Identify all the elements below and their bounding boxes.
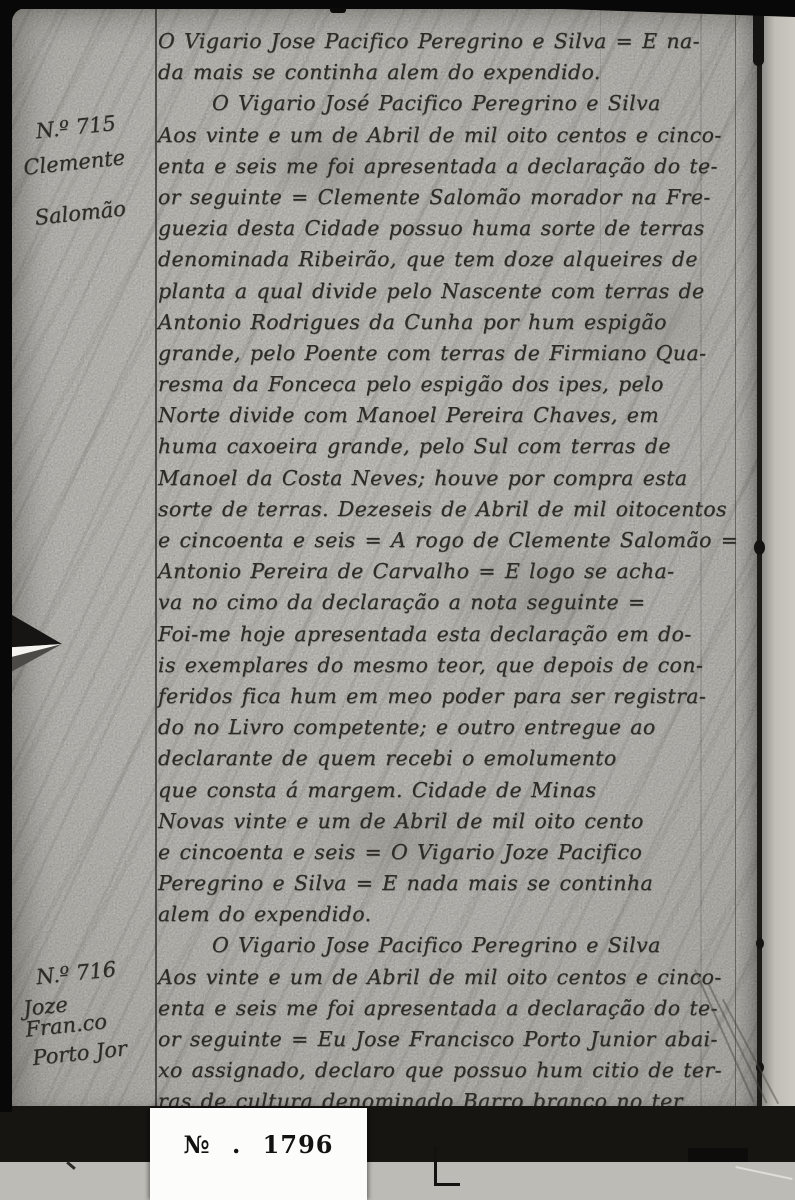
manuscript-line: O Vigario Jose Pacifico Peregrino e Silv…	[158, 26, 724, 57]
manuscript-line: que consta á margem. Cidade de Minas	[158, 775, 724, 806]
manuscript-line: sorte de terras. Dezeseis de Abril de mi…	[158, 494, 724, 525]
manuscript-line: da mais se continha alem do expendido.	[158, 57, 724, 88]
manuscript-body: O Vigario Jose Pacifico Peregrino e Silv…	[158, 26, 724, 1118]
catalog-number-slip: № . 1796	[150, 1108, 367, 1200]
manuscript-line: huma caxoeira grande, pelo Sul com terra…	[158, 431, 724, 462]
manuscript-line: Norte divide com Manoel Pereira Chaves, …	[158, 400, 724, 431]
manuscript-line: Aos vinte e um de Abril de mil oito cent…	[158, 120, 724, 151]
corner-registration-mark	[434, 1183, 460, 1186]
manuscript-line: Manoel da Costa Neves; houve por compra …	[158, 463, 724, 494]
manuscript-line: planta a qual divide pelo Nascente com t…	[158, 276, 724, 307]
manuscript-line: feridos fica hum em meo poder para ser r…	[158, 681, 724, 712]
manuscript-line: grande, pelo Poente com terras de Firmia…	[158, 338, 724, 369]
manuscript-line: Novas vinte e um de Abril de mil oito ce…	[158, 806, 724, 837]
binding-stitch	[754, 540, 765, 555]
binding-stitch	[756, 938, 764, 949]
manuscript-line: or seguinte = Eu Jose Francisco Porto Ju…	[158, 1024, 724, 1055]
manuscript-line: declarante de quem recebi o emolumento	[158, 743, 724, 774]
right-rule-line	[735, 8, 736, 1108]
manuscript-line: Aos vinte e um de Abril de mil oito cent…	[158, 962, 724, 993]
margin-entry-716: N.º 716 Joze Fran.co Porto Jor	[19, 955, 159, 1069]
manuscript-line: Antonio Rodrigues da Cunha por hum espig…	[158, 307, 724, 338]
manuscript-line: enta e seis me foi apresentada a declara…	[158, 993, 724, 1024]
manuscript-line: xo assignado, declaro que possuo hum cit…	[158, 1055, 724, 1086]
manuscript-line: Antonio Pereira de Carvalho = E logo se …	[158, 556, 724, 587]
gutter-shadow	[737, 8, 758, 1108]
binding-stitch	[753, 8, 764, 66]
entry-name-line: Joze Fran.co	[22, 985, 156, 1040]
manuscript-line: or seguinte = Clemente Salomão morador n…	[158, 182, 724, 213]
book-edge-shadow	[0, 1106, 795, 1164]
corner-registration-mark	[434, 1146, 437, 1186]
margin-entry-715: N.º 715 Clemente Salomão	[19, 109, 159, 229]
page-stack-edge	[762, 6, 795, 1154]
manuscript-line: Foi-me hoje apresentada esta declaração …	[158, 619, 724, 650]
entry-name-line: Clemente	[22, 144, 153, 178]
manuscript-line: enta e seis me foi apresentada a declara…	[158, 151, 724, 182]
catalog-number: № . 1796	[150, 1130, 367, 1159]
manuscript-line: Peregrino e Silva = E nada mais se conti…	[158, 868, 724, 899]
scanned-manuscript: N.º 715 Clemente Salomão N.º 716 Joze Fr…	[0, 0, 795, 1200]
manuscript-line: e cincoenta e seis = O Vigario Joze Paci…	[158, 837, 724, 868]
vicar-signature-line: O Vigario José Pacifico Peregrino e Silv…	[158, 88, 724, 119]
manuscript-line: guezia desta Cidade possuo huma sorte de…	[158, 213, 724, 244]
table-surface	[0, 1162, 795, 1200]
manuscript-line: e cincoenta e seis = A rogo de Clemente …	[158, 525, 724, 556]
margin-rule-line	[155, 8, 157, 1108]
manuscript-line: is exemplares do mesmo teor, que depois …	[158, 650, 724, 681]
manuscript-line: do no Livro competente; e outro entregue…	[158, 712, 724, 743]
manuscript-line: denominada Ribeirão, que tem doze alquei…	[158, 244, 724, 275]
manuscript-line: resma da Fonceca pelo espigão dos ipes, …	[158, 369, 724, 400]
manuscript-line: alem do expendido.	[158, 899, 724, 930]
vicar-signature-line: O Vigario Jose Pacifico Peregrino e Silv…	[158, 930, 724, 961]
scan-frame-nub	[330, 8, 346, 13]
scan-frame-left	[0, 0, 12, 1112]
manuscript-line: va no cimo da declaração a nota seguinte…	[158, 587, 724, 618]
